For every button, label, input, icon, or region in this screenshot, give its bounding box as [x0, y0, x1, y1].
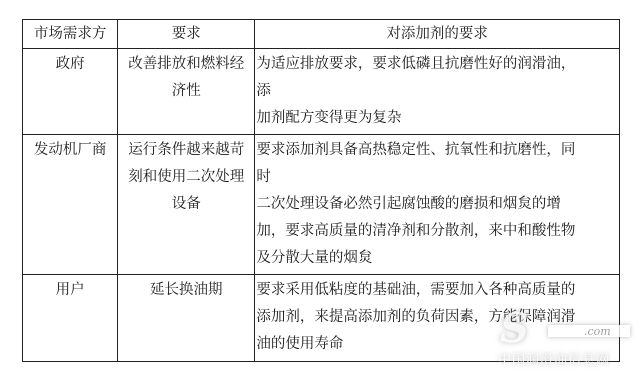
- additive-line: 为适应排放要求，要求低磷且抗磨性好的润滑油，: [256, 51, 619, 78]
- table-header-row: 市场需求方 要求 对添加剂的要求: [23, 20, 620, 49]
- header-requirement: 要求: [118, 20, 255, 49]
- requirement-line: 刻和使用二次处理: [118, 164, 254, 191]
- party-text: 用户: [23, 277, 117, 304]
- table-row: 政府 改善排放和燃料经 济性 为适应排放要求，要求低磷且抗磨性好的润滑油， 添 …: [23, 49, 620, 135]
- requirement-line: 济性: [118, 78, 254, 105]
- additive-requirement-cell: 要求添加剂具备高热稳定性、抗氧性和抗磨性，同 时 二次处理设备必然引起腐蚀酸的磨…: [255, 135, 620, 275]
- additive-line: 要求添加剂具备高热稳定性、抗氧性和抗磨性，同: [256, 137, 619, 164]
- party-cell: 用户: [23, 275, 118, 362]
- additive-line: 加，要求高质量的清净剂和分散剂，来中和酸性物: [256, 218, 619, 245]
- additive-line: 油的使用寿命: [256, 331, 619, 358]
- header-market-party: 市场需求方: [23, 20, 118, 49]
- party-cell: 政府: [23, 49, 118, 135]
- requirement-line: 运行条件越来越苛: [118, 137, 254, 164]
- party-text: 政府: [23, 51, 117, 78]
- requirement-line: 延长换油期: [118, 277, 254, 304]
- table-row: 用户 延长换油期 要求采用低粘度的基础油，需要加入各种高质量的 添加剂，来提高添…: [23, 275, 620, 362]
- table-row: 发动机厂商 运行条件越来越苛 刻和使用二次处理 设备 要求添加剂具备高热稳定性、…: [23, 135, 620, 275]
- additive-line: 添加剂，来提高添加剂的负荷因素，方能保障润滑: [256, 304, 619, 331]
- additive-line: 二次处理设备必然引起腐蚀酸的磨损和烟炱的增: [256, 191, 619, 218]
- additive-line: 要求采用低粘度的基础油，需要加入各种高质量的: [256, 277, 619, 304]
- requirement-cell: 改善排放和燃料经 济性: [118, 49, 255, 135]
- additive-requirement-cell: 要求采用低粘度的基础油，需要加入各种高质量的 添加剂，来提高添加剂的负荷因素，方…: [255, 275, 620, 362]
- party-text: 发动机厂商: [23, 137, 117, 164]
- requirement-line: 改善排放和燃料经: [118, 51, 254, 78]
- requirement-line: 设备: [118, 191, 254, 218]
- requirement-cell: 延长换油期: [118, 275, 255, 362]
- header-additive-requirement: 对添加剂的要求: [255, 20, 620, 49]
- party-cell: 发动机厂商: [23, 135, 118, 275]
- additive-line: 及分散大量的烟炱: [256, 245, 619, 272]
- additive-line: 加剂配方变得更为复杂: [256, 105, 619, 132]
- additive-requirement-cell: 为适应排放要求，要求低磷且抗磨性好的润滑油， 添 加剂配方变得更为复杂: [255, 49, 620, 135]
- requirement-cell: 运行条件越来越苛 刻和使用二次处理 设备: [118, 135, 255, 275]
- lubricant-additive-requirements-table: 市场需求方 要求 对添加剂的要求 政府 改善排放和燃料经 济性 为适应排放要求，…: [22, 19, 620, 362]
- additive-line: 时: [256, 164, 619, 191]
- additive-line: 添: [256, 78, 619, 105]
